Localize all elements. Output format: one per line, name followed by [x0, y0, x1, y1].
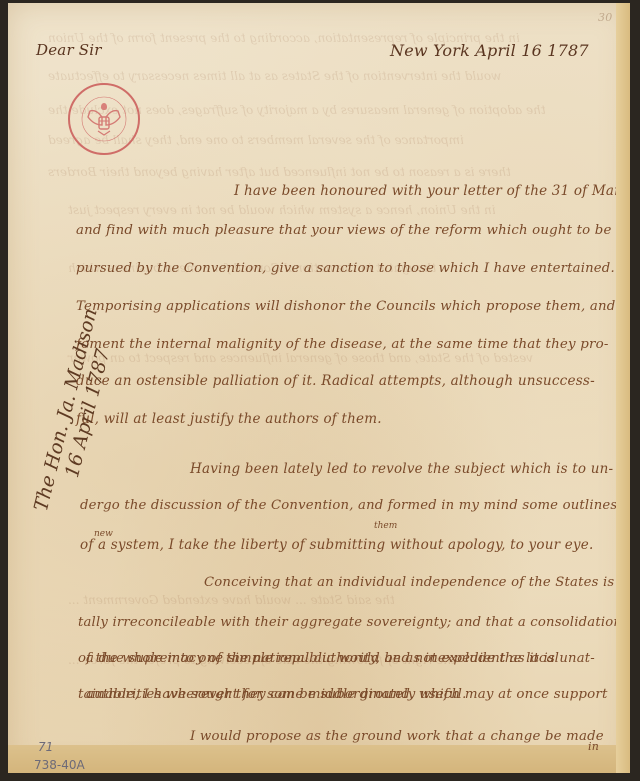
scan-frame: in the principle of representation, acco…	[0, 0, 640, 781]
bottom-paper-strip	[8, 745, 630, 773]
right-paper-edge	[616, 3, 630, 773]
letter-page: in the principle of representation, acco…	[8, 3, 630, 773]
